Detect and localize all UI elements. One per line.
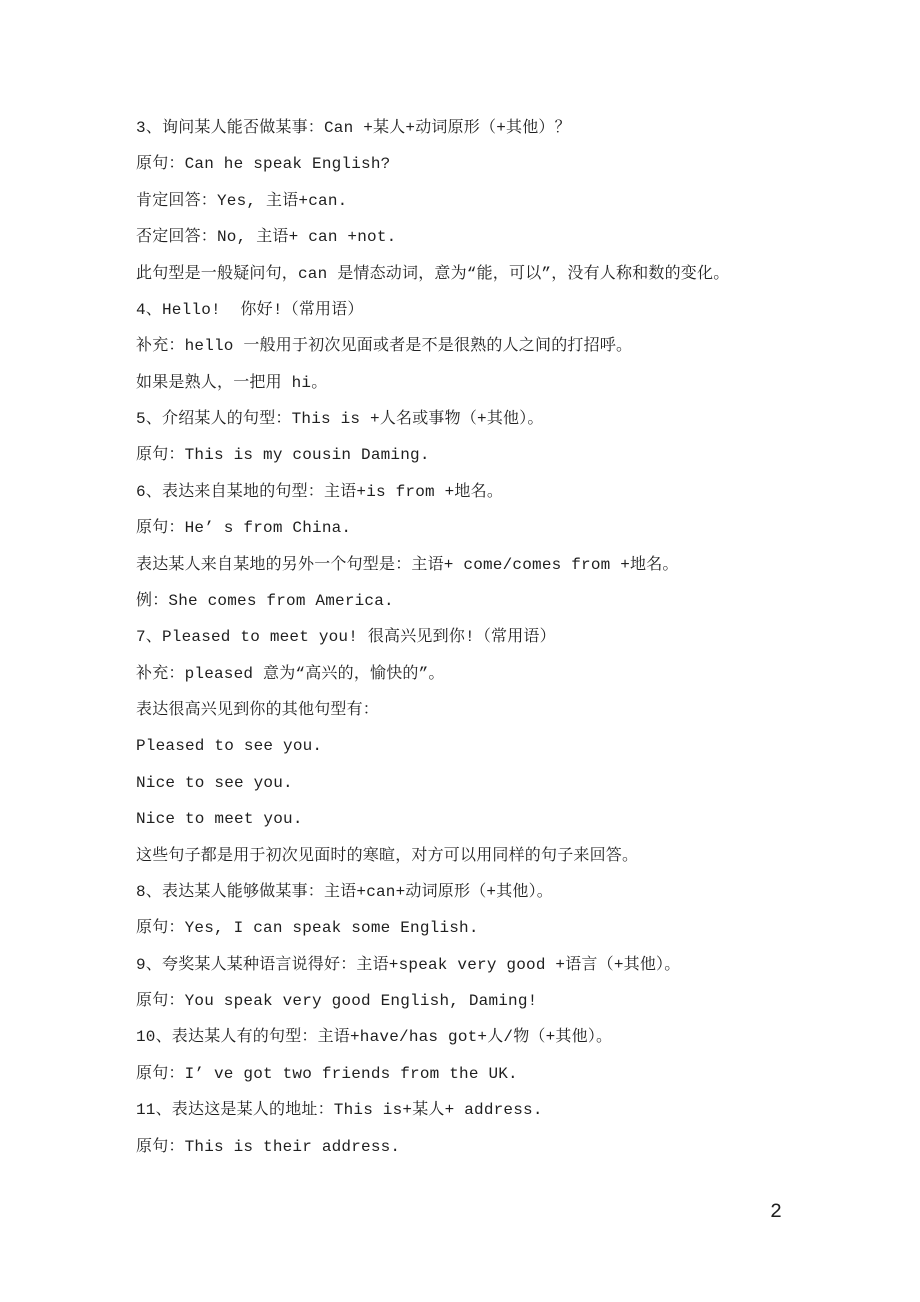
text-line: 4、Hello! 你好!（常用语）	[136, 292, 812, 328]
text-line: 5、介绍某人的句型：This is +人名或事物（+其他）。	[136, 401, 812, 437]
document-body: 3、询问某人能否做某事：Can +某人+动词原形（+其他）？原句：Can he …	[136, 110, 812, 1165]
text-line: 表达很高兴见到你的其他句型有：	[136, 692, 812, 728]
page-number: 2	[770, 1198, 782, 1228]
text-line: 如果是熟人，一把用 hi。	[136, 365, 812, 401]
document-page: 3、询问某人能否做某事：Can +某人+动词原形（+其他）？原句：Can he …	[0, 0, 920, 1302]
text-line: 补充：pleased 意为“高兴的，愉快的”。	[136, 656, 812, 692]
text-line: 3、询问某人能否做某事：Can +某人+动词原形（+其他）？	[136, 110, 812, 146]
text-line: 10、表达某人有的句型：主语+have/has got+人/物（+其他）。	[136, 1019, 812, 1055]
text-line: 此句型是一般疑问句，can 是情态动词，意为“能，可以”，没有人称和数的变化。	[136, 256, 812, 292]
text-line: Pleased to see you.	[136, 728, 812, 764]
text-line: 9、夸奖某人某种语言说得好：主语+speak very good +语言（+其他…	[136, 947, 812, 983]
text-line: 11、表达这是某人的地址：This is+某人+ address.	[136, 1092, 812, 1128]
text-line: 原句：I’ ve got two friends from the UK.	[136, 1056, 812, 1092]
text-line: Nice to meet you.	[136, 801, 812, 837]
text-line: 补充：hello 一般用于初次见面或者是不是很熟的人之间的打招呼。	[136, 328, 812, 364]
text-line: Nice to see you.	[136, 765, 812, 801]
text-line: 原句：You speak very good English, Daming!	[136, 983, 812, 1019]
text-line: 例：She comes from America.	[136, 583, 812, 619]
text-line: 原句：Can he speak English?	[136, 146, 812, 182]
text-line: 肯定回答：Yes, 主语+can.	[136, 183, 812, 219]
text-line: 8、表达某人能够做某事：主语+can+动词原形（+其他）。	[136, 874, 812, 910]
text-line: 7、Pleased to meet you! 很高兴见到你!（常用语）	[136, 619, 812, 655]
text-line: 6、表达来自某地的句型：主语+is from +地名。	[136, 474, 812, 510]
text-line: 原句：This is their address.	[136, 1129, 812, 1165]
text-line: 原句：He’ s from China.	[136, 510, 812, 546]
text-line: 这些句子都是用于初次见面时的寒暄，对方可以用同样的句子来回答。	[136, 838, 812, 874]
text-line: 表达某人来自某地的另外一个句型是：主语+ come/comes from +地名…	[136, 547, 812, 583]
text-line: 原句：This is my cousin Daming.	[136, 437, 812, 473]
text-line: 原句：Yes, I can speak some English.	[136, 910, 812, 946]
text-line: 否定回答：No, 主语+ can +not.	[136, 219, 812, 255]
